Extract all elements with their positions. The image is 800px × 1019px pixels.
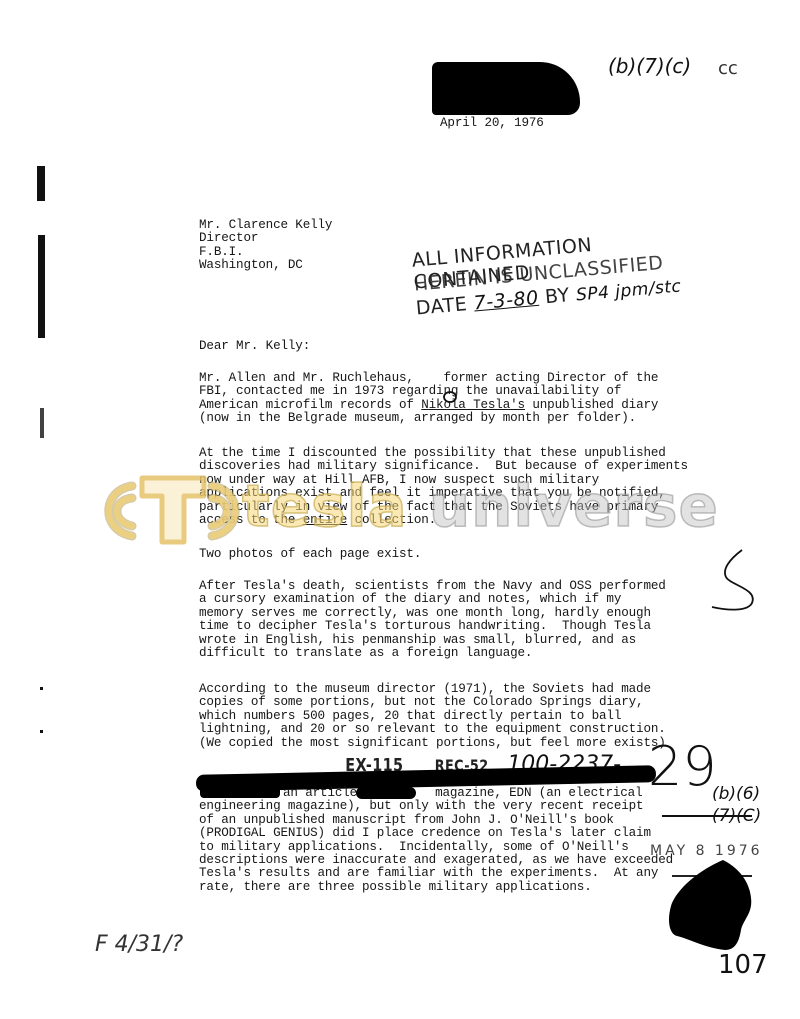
declassification-stamp: ALL INFORMATION CONTAINED HEREIN IS UNCL…: [408, 214, 715, 335]
corner-mark: cc: [718, 58, 738, 79]
underlined-name: Nikola Tesla's: [421, 398, 525, 412]
paragraph-line: Two photos of each page exist.: [199, 548, 421, 561]
paragraph-line: access to the entire collection.: [199, 514, 688, 527]
paragraph-line: (We copied the most significant portions…: [199, 737, 666, 750]
paragraph-line: At the time I discounted the possibility…: [199, 447, 688, 460]
exemption-mark-right: (b)(6) (7)(C): [712, 783, 772, 827]
paragraph-line: Tesla's results and are familiar with th…: [199, 867, 673, 880]
paragraph-line: rate, there are three possible military …: [199, 881, 673, 894]
handwritten-scribble: [440, 389, 460, 405]
paragraph-line: difficult to translate as a foreign lang…: [199, 647, 666, 660]
paragraph-fragment: an article: [283, 786, 357, 800]
scan-edge-mark: [37, 166, 45, 201]
recipient-title: Director: [199, 232, 332, 245]
paragraph-line: engineering magazine), but only with the…: [199, 800, 673, 813]
paragraph-line: of an unpublished manuscript from John J…: [199, 814, 673, 827]
stamp-signature: SP4 jpm/stc: [575, 276, 682, 305]
margin-handwritten-s: [700, 545, 760, 615]
paragraph-line: to military applications. Incidentally, …: [199, 841, 673, 854]
paragraph-line: discoveries had military significance. B…: [199, 460, 688, 473]
letter-date: April 20, 1976: [440, 117, 544, 130]
recipient-name: Mr. Clarence Kelly: [199, 219, 332, 232]
scan-edge-mark: [38, 235, 45, 338]
paragraph-line: lightning, and 20 or so relevant to the …: [199, 723, 666, 736]
received-stamp: MAY 8 1976: [650, 843, 763, 859]
paragraph-line: wrote in English, his penmanship was sma…: [199, 634, 666, 647]
paragraph-line: FBI, contacted me in 1973 regarding the …: [199, 385, 658, 398]
paragraph-line: particularly in view of the fact that th…: [199, 501, 688, 514]
stamp-date-label: DATE: [415, 293, 468, 319]
salutation: Dear Mr. Kelly:: [199, 340, 310, 353]
scan-edge-mark: [40, 687, 43, 690]
paragraph-line: time to decipher Tesla's torturous handw…: [199, 620, 666, 633]
paragraph-line: applications exist and feel it imperativ…: [199, 487, 688, 500]
paragraph-3: Two photos of each page exist.: [199, 548, 421, 561]
exemption-mark-top: (b)(7)(c): [608, 54, 691, 78]
paragraph-4: After Tesla's death, scientists from the…: [199, 580, 666, 660]
paragraph-line: memory serves me correctly, was one mont…: [199, 607, 666, 620]
paragraph-line: (PRODIGAL GENIUS) did I place credence o…: [199, 827, 673, 840]
scan-edge-mark: [40, 408, 44, 438]
paragraph-2: At the time I discounted the possibility…: [199, 447, 688, 527]
paragraph-5: According to the museum director (1971),…: [199, 683, 666, 750]
paragraph-line: which numbers 500 pages, 20 that directl…: [199, 710, 666, 723]
paragraph-1: Mr. Allen and Mr. Ruchlehaus, former act…: [199, 372, 658, 426]
underlined-word: entire: [303, 513, 347, 527]
recipient-city: Washington, DC: [199, 259, 332, 272]
paragraph-line: a cursory examination of the diary and n…: [199, 593, 666, 606]
recipient-org: F.B.I.: [199, 246, 332, 259]
paragraph-line: copies of some portions, but not the Col…: [199, 696, 666, 709]
paragraph-line: American microfilm records of Nikola Tes…: [199, 399, 658, 412]
page-number-handwritten: 107: [718, 950, 768, 980]
margin-handwriting-bottom-left: F 4/31/?: [95, 932, 183, 957]
paragraph-line: Mr. Allen and Mr. Ruchlehaus, former act…: [199, 372, 658, 385]
stamp-by-label: BY: [544, 284, 570, 308]
paragraph-line: (now in the Belgrade museum, arranged by…: [199, 412, 658, 425]
recipient-address: Mr. Clarence Kelly Director F.B.I. Washi…: [199, 219, 332, 273]
stamp-date: 7-3-80: [473, 287, 540, 315]
paragraph-line: After Tesla's death, scientists from the…: [199, 580, 666, 593]
paragraph-fragment: magazine, EDN (an electrical: [435, 786, 642, 800]
scan-edge-mark: [40, 730, 43, 733]
paragraph-line: now under way at Hill AFB, I now suspect…: [199, 474, 688, 487]
paragraph-line: According to the museum director (1971),…: [199, 683, 666, 696]
redaction-block-top: [432, 62, 580, 115]
paragraph-line: descriptions were inaccurate and exagera…: [199, 854, 673, 867]
redaction-blob-bottom-right: [665, 858, 755, 953]
paragraph-6: an articlemagazine, EDN (an electrical e…: [199, 787, 673, 894]
paragraph-line: an articlemagazine, EDN (an electrical: [199, 787, 673, 800]
